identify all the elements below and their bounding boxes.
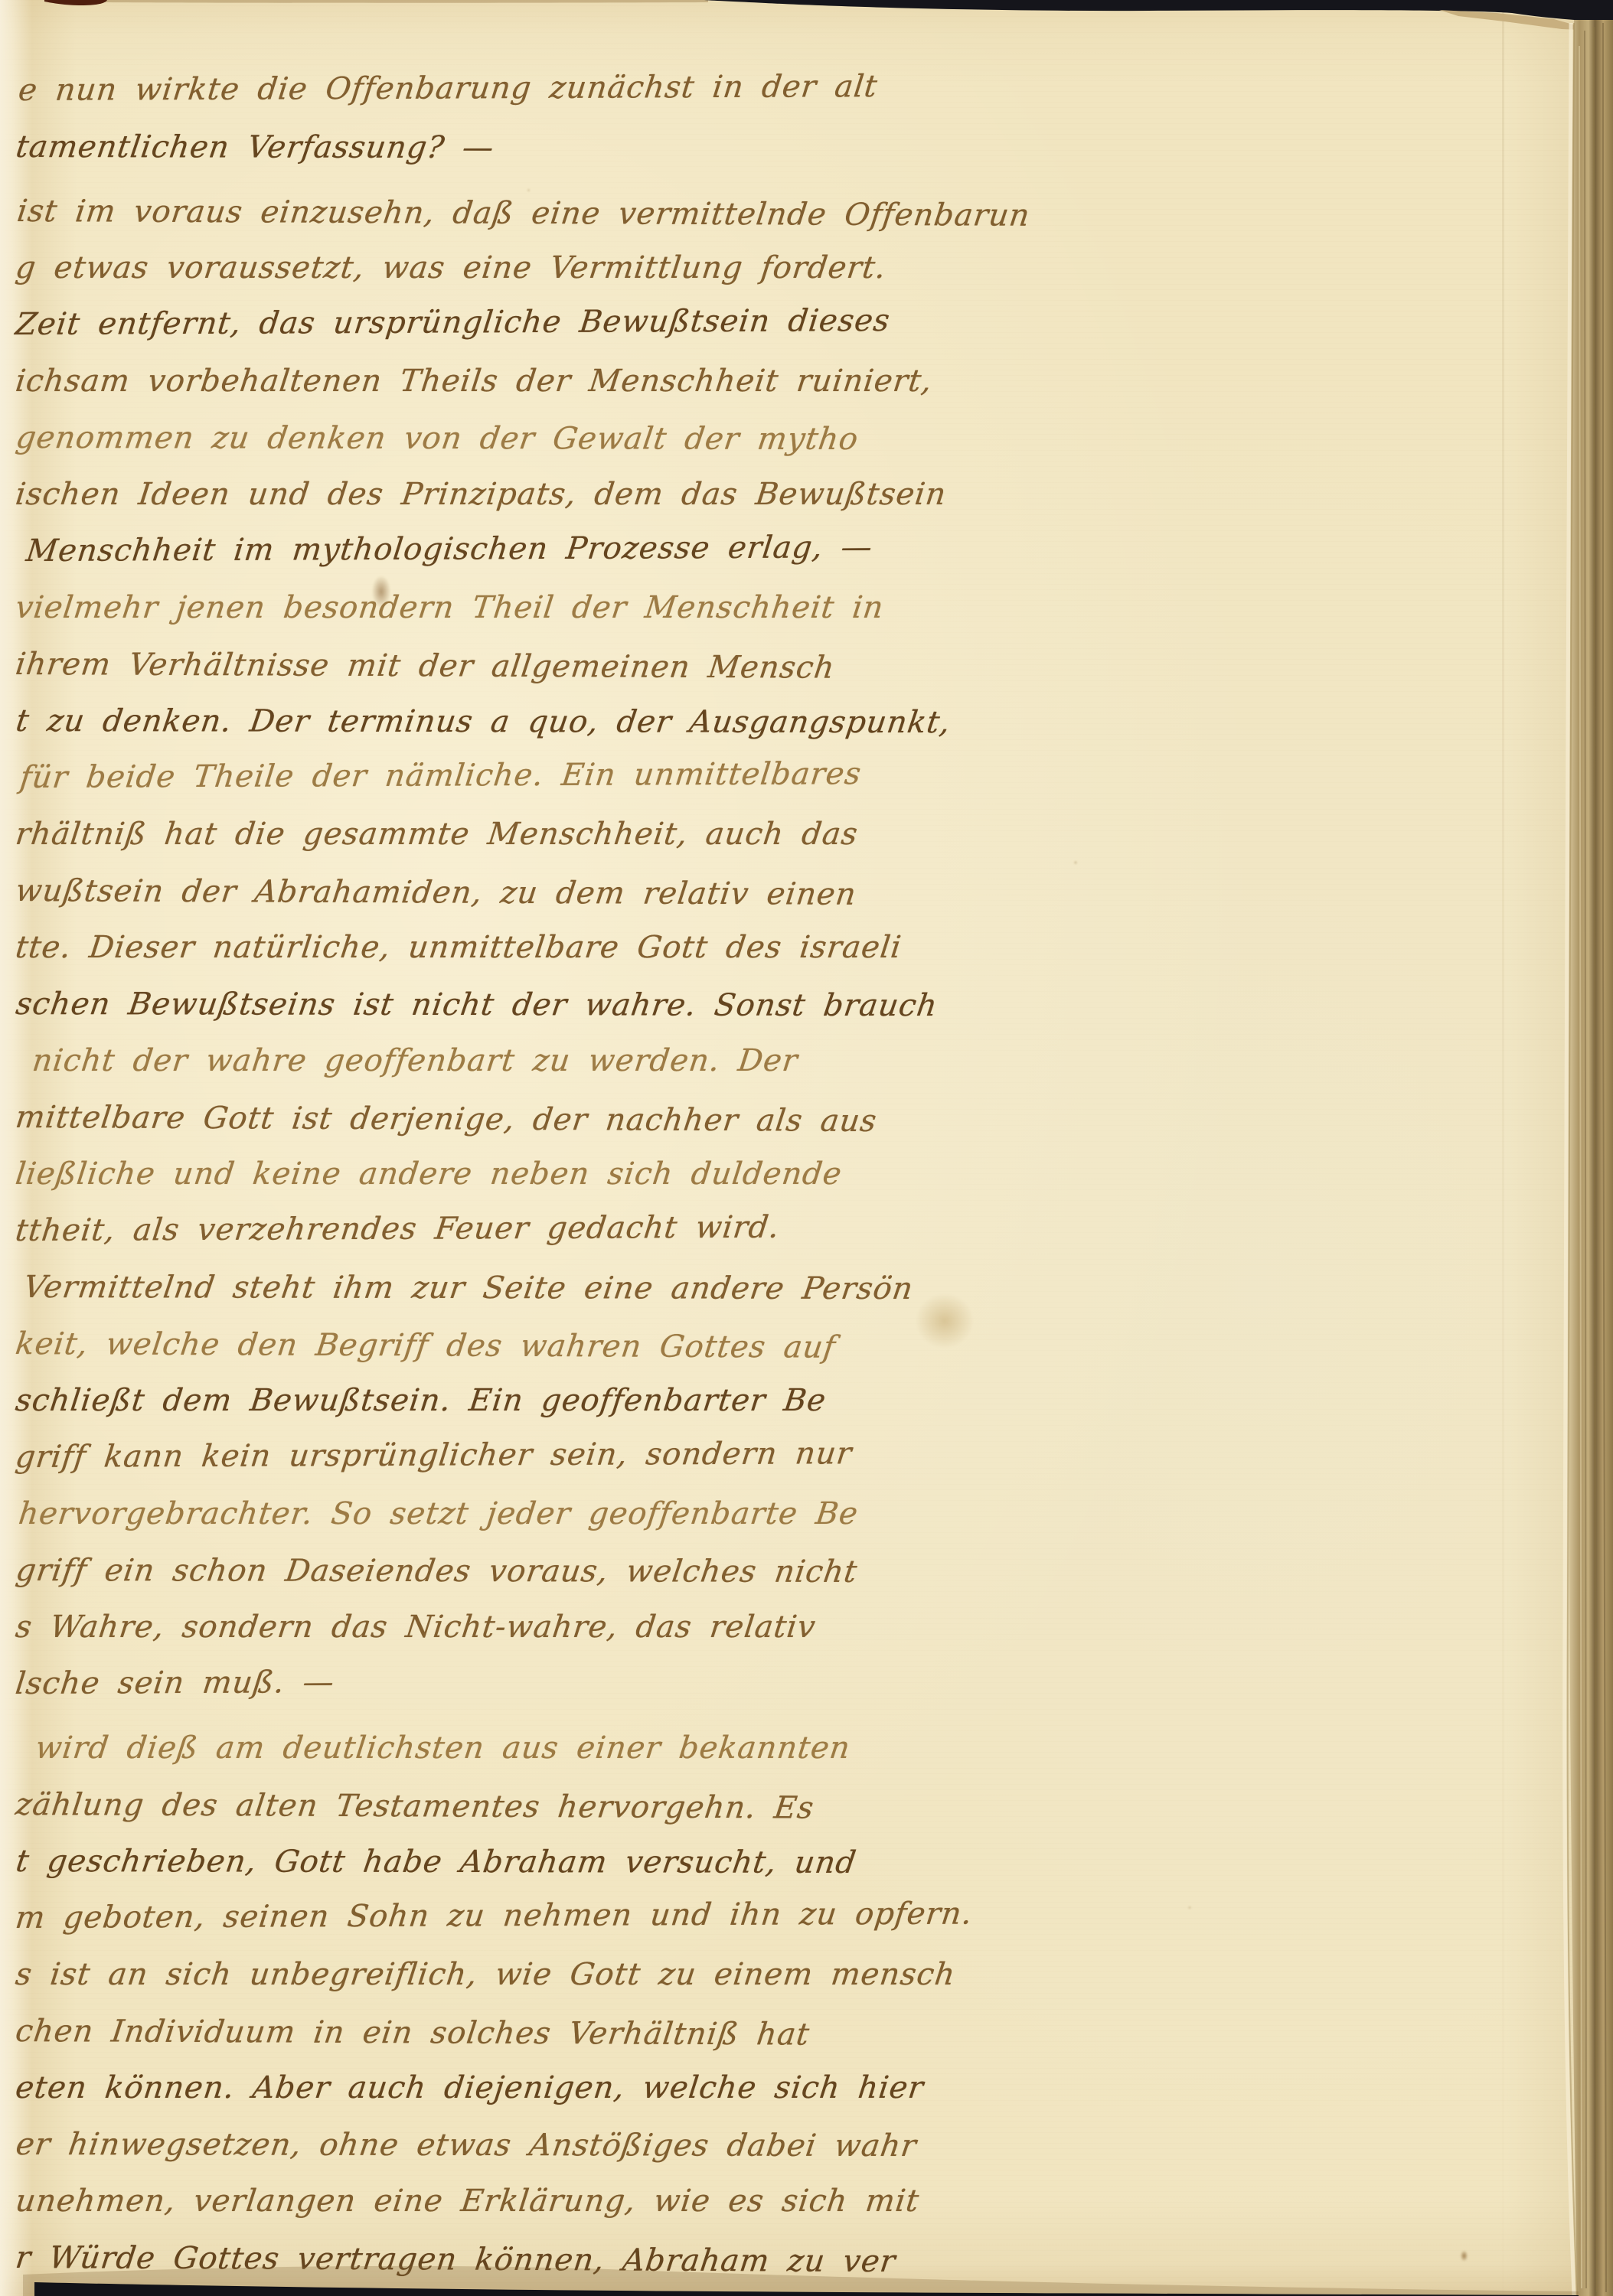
manuscript-line: ttheit, als verzehrendes Feuer gedacht w… [12,1202,923,1259]
manuscript-line: er hinwegsetzen, ohne etwas Anstößiges d… [12,2116,923,2173]
manuscript-line: genommen zu denken von der Gewalt der my… [12,409,923,466]
manuscript-line: t zu denken. Der terminus a quo, der Aus… [12,693,923,749]
manuscript-line: schließt dem Bewußtsein. Ein geoffenbart… [12,1372,923,1429]
manuscript-line-text: t zu denken. Der terminus a quo, der Aus… [12,693,955,751]
manuscript-line: mittelbare Gott ist derjenige, der nachh… [12,1089,923,1146]
manuscript-line: wird dieß am deutlichsten aus einer beka… [12,1720,923,1776]
manuscript-line: griff ein schon Daseiendes voraus, welch… [12,1542,923,1599]
speck-1 [1073,860,1078,865]
manuscript-line: t geschrieben, Gott habe Abraham versuch… [12,1833,923,1890]
manuscript-line-text: Zeit entfernt, das ursprüngliche Bewußts… [12,292,893,353]
manuscript-line: für beide Theile der nämliche. Ein unmit… [12,749,923,806]
manuscript-line-text: eten können. Aber auch diejenigen, welch… [12,2060,927,2116]
manuscript-line: r Würde Gottes vertragen können, Abraham… [12,2229,923,2286]
manuscript-line: keit, welche den Begriff des wahren Gott… [12,1316,923,1372]
manuscript-line: m geboten, seinen Sohn zu nehmen und ihn… [12,1890,923,1946]
manuscript-line-text: zählung des alten Testamentes hervorgehn… [12,1776,818,1837]
manuscript-line: lsche sein muß. — [12,1655,923,1712]
manuscript-line: griff kann kein ursprünglicher sein, son… [12,1429,923,1486]
manuscript-page: e nun wirkte die Offenbarung zunächst in… [0,0,1613,2296]
manuscript-line: vielmehr jenen besondern Theil der Mensc… [12,579,923,636]
manuscript-line: tte. Dieser natürliche, unmittelbare Got… [12,919,923,976]
manuscript-line-text: r Würde Gottes vertragen können, Abraham… [12,2229,900,2290]
manuscript-line-text: ichsam vorbehaltenen Theils der Menschhe… [12,353,935,409]
manuscript-line-text: wird dieß am deutlichsten aus einer beka… [32,1720,854,1776]
manuscript-line-text: m geboten, seinen Sohn zu nehmen und ihn… [12,1886,976,1946]
manuscript-line: ist im voraus einzusehn, daß eine vermit… [12,183,923,240]
manuscript-line: e nun wirkte die Offenbarung zunächst in… [12,62,923,119]
manuscript-line-text: ischen Ideen und des Prinzipats, dem das… [12,466,949,523]
manuscript-line: ließliche und keine andere neben sich du… [12,1146,923,1202]
manuscript-text-block: e nun wirkte die Offenbarung zunächst in… [12,62,923,2286]
manuscript-line-text: vielmehr jenen besondern Theil der Mensc… [12,579,887,636]
manuscript-line-text: e nun wirkte die Offenbarung zunächst in… [15,58,881,119]
manuscript-line-text: für beide Theile der nämliche. Ein unmit… [17,745,864,806]
manuscript-line: ischen Ideen und des Prinzipats, dem das… [12,466,923,523]
manuscript-line: Vermittelnd steht ihm zur Seite eine and… [12,1259,923,1316]
manuscript-line-text: tte. Dieser natürliche, unmittelbare Got… [12,919,905,976]
manuscript-line-text: ließliche und keine andere neben sich du… [12,1146,845,1202]
manuscript-line: nicht der wahre geoffenbart zu werden. D… [12,1032,923,1089]
manuscript-line-text: hervorgebrachter. So setzt jeder geoffen… [15,1486,861,1542]
manuscript-line: zählung des alten Testamentes hervorgehn… [12,1776,923,1833]
manuscript-line-text: unehmen, verlangen eine Erklärung, wie e… [12,2173,922,2229]
manuscript-line: g etwas voraussetzt, was eine Vermittlun… [12,240,923,296]
manuscript-line: Zeit entfernt, das ursprüngliche Bewußts… [12,296,923,353]
manuscript-line-text: griff ein schon Daseiendes voraus, welch… [12,1542,861,1600]
manuscript-line-text: chen Individuum in ein solches Verhältni… [12,2003,813,2063]
manuscript-line-text: Vermittelnd steht ihm zur Seite eine and… [20,1259,917,1317]
manuscript-line-text: rhältniß hat die gesammte Menschheit, au… [12,806,861,863]
manuscript-line-text: lsche sein muß. — [12,1654,338,1712]
manuscript-line-text: tamentlichen Verfassung? — [12,119,498,176]
manuscript-line-text: s ist an sich unbegreiflich, wie Gott zu… [12,1946,958,2003]
manuscript-line: schen Bewußtseins ist nicht der wahre. S… [12,976,923,1032]
manuscript-line-text: ttheit, als verzehrendes Feuer gedacht w… [12,1199,783,1259]
manuscript-line-text: ist im voraus einzusehn, daß eine vermit… [14,183,1033,244]
manuscript-line-text: er hinwegsetzen, ohne etwas Anstößiges d… [12,2116,920,2174]
manuscript-line-text: schen Bewußtseins ist nicht der wahre. S… [12,976,942,1034]
manuscript-line: Menschheit im mythologischen Prozesse er… [12,523,923,579]
manuscript-line: wußtsein der Abrahamiden, zu dem relativ… [12,863,923,919]
manuscript-line-text: ihrem Verhältnisse mit der allgemeinen M… [12,636,838,696]
manuscript-line-text: g etwas voraussetzt, was eine Vermittlun… [12,240,890,296]
manuscript-line: hervorgebrachter. So setzt jeder geoffen… [12,1486,923,1542]
manuscript-line-text: t geschrieben, Gott habe Abraham versuch… [12,1833,860,1891]
edge-fleck [1459,2249,1469,2263]
manuscript-line-text: nicht der wahre geoffenbart zu werden. D… [29,1032,802,1089]
manuscript-line: rhältniß hat die gesammte Menschheit, au… [12,806,923,863]
manuscript-line: s ist an sich unbegreiflich, wie Gott zu… [12,1946,923,2003]
manuscript-line: s Wahre, sondern das Nicht-wahre, das re… [12,1599,923,1655]
manuscript-line-text: griff kann kein ursprünglicher sein, son… [12,1425,855,1486]
paper-crease [1502,0,1504,2296]
manuscript-line: chen Individuum in ein solches Verhältni… [12,2003,923,2060]
manuscript-line-text: Menschheit im mythologischen Prozesse er… [23,519,876,579]
manuscript-line-text: wußtsein der Abrahamiden, zu dem relativ… [12,863,860,923]
manuscript-line-text: schließt dem Bewußtsein. Ein geoffenbart… [12,1372,830,1429]
photographed-page: e nun wirkte die Offenbarung zunächst in… [0,0,1613,2296]
manuscript-line-text: keit, welche den Begriff des wahren Gott… [12,1316,839,1376]
manuscript-line: ichsam vorbehaltenen Theils der Menschhe… [12,353,923,409]
manuscript-line-text: s Wahre, sondern das Nicht-wahre, das re… [12,1599,819,1655]
manuscript-line: unehmen, verlangen eine Erklärung, wie e… [12,2173,923,2229]
speck-3 [1187,1906,1192,1910]
manuscript-line: eten können. Aber auch diejenigen, welch… [12,2060,923,2116]
manuscript-line: ihrem Verhältnisse mit der allgemeinen M… [12,636,923,693]
manuscript-line-text: mittelbare Gott ist derjenige, der nachh… [12,1089,880,1150]
manuscript-line: tamentlichen Verfassung? — [12,119,923,175]
manuscript-line-text: genommen zu denken von der Gewalt der my… [12,409,862,468]
